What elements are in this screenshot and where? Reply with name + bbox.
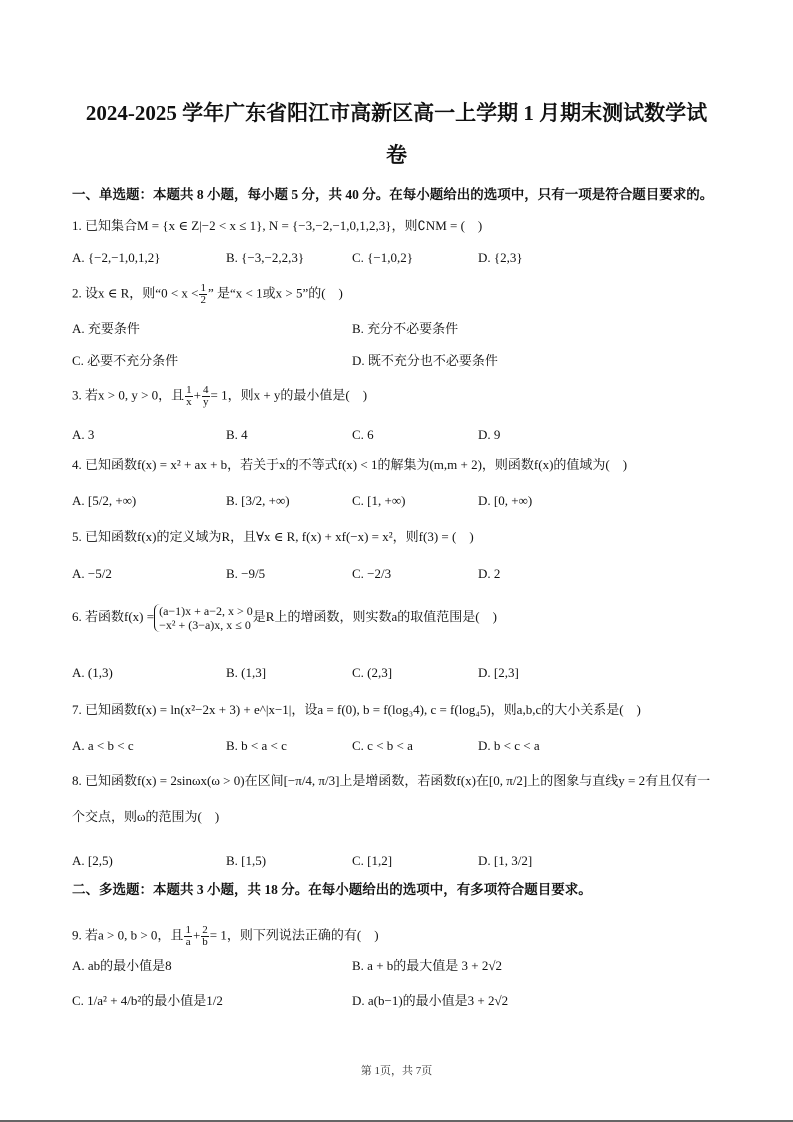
question-9-stem: 9. 若a > 0, b > 0，且1a+2b= 1，则下列说法正确的有( ) (72, 925, 379, 948)
q2-stem-pre: 2. 设x ∈ R，则“0 < x < (72, 285, 198, 300)
q4-option-b: B. [3/2, +∞) (226, 492, 290, 510)
q8-option-a: A. [2,5) (72, 852, 113, 870)
question-7-stem: 7. 已知函数f(x) = ln(x²−2x + 3) + e^|x−1|，设a… (72, 701, 641, 719)
q6-option-d: D. [2,3] (478, 664, 519, 682)
q2-fraction: 12 (199, 283, 207, 306)
question-2-stem: 2. 设x ∈ R，则“0 < x <12” 是“x < 1或x > 5”的( … (72, 283, 343, 306)
question-4-stem: 4. 已知函数f(x) = x² + ax + b，若关于x的不等式f(x) <… (72, 456, 627, 474)
q7-option-c: C. c < b < a (352, 737, 413, 755)
plus-sign: + (193, 927, 200, 942)
q9-stem-pre: 9. 若a > 0, b > 0，且 (72, 927, 183, 942)
q3-option-d: D. 9 (478, 426, 500, 444)
question-8-stem-line1: 8. 已知函数f(x) = 2sinωx(ω > 0)在区间[−π/4, π/3… (72, 772, 710, 790)
page-number: 第 1页，共 7页 (0, 1062, 793, 1078)
q3-option-b: B. 4 (226, 426, 248, 444)
q3-stem-pre: 3. 若x > 0, y > 0，且 (72, 387, 184, 402)
question-1-stem: 1. 已知集合M = {x ∈ Z|−2 < x ≤ 1}, N = {−3,−… (72, 217, 482, 235)
q4-option-d: D. [0, +∞) (478, 492, 532, 510)
q9-option-c: C. 1/a² + 4/b²的最小值是1/2 (72, 992, 223, 1010)
q1-option-b: B. {−3,−2,2,3} (226, 249, 304, 267)
question-5-stem: 5. 已知函数f(x)的定义域为R，且∀x ∈ R, f(x) + xf(−x)… (72, 528, 474, 546)
q6-stem-post: 是R上的增函数，则实数a的取值范围是( ) (253, 609, 497, 624)
q6-option-b: B. (1,3] (226, 664, 266, 682)
q7-option-a: A. a < b < c (72, 737, 134, 755)
frac-den: a (184, 937, 192, 948)
frac-den: x (185, 397, 193, 408)
q4-option-a: A. [5/2, +∞) (72, 492, 136, 510)
exam-title-line2: 卷 (60, 140, 733, 170)
plus-sign: + (194, 387, 201, 402)
q9-option-b: B. a + b的最大值是 3 + 2√2 (352, 957, 502, 975)
q9-option-a: A. ab的最小值是8 (72, 957, 172, 975)
q2-option-a: A. 充要条件 (72, 320, 140, 338)
q9-option-d: D. a(b−1)的最小值是3 + 2√2 (352, 992, 508, 1010)
q3-option-c: C. 6 (352, 426, 374, 444)
q7-option-b: B. b < a < c (226, 737, 287, 755)
section1-heading: 一、单选题：本题共 8 小题，每小题 5 分，共 40 分。在每小题给出的选项中… (72, 186, 713, 204)
q6-option-c: C. (2,3] (352, 664, 392, 682)
frac-den: y (202, 397, 210, 408)
q2-option-d: D. 既不充分也不必要条件 (352, 352, 498, 370)
piece-1: (a−1)x + a−2, x > 0 (159, 604, 253, 618)
q2-stem-post: ” 是“x < 1或x > 5”的( ) (208, 285, 343, 300)
q8-option-c: C. [1,2] (352, 852, 392, 870)
frac-den: b (201, 937, 209, 948)
question-8-stem-line2: 个交点，则ω的范围为( ) (72, 808, 219, 826)
q6-stem-pre: 6. 若函数f(x) = (72, 609, 154, 624)
q2-option-b: B. 充分不必要条件 (352, 320, 458, 338)
exam-title-line1: 2024-2025 学年广东省阳江市高新区高一上学期 1 月期末测试数学试 (60, 98, 733, 128)
q5-option-b: B. −9/5 (226, 565, 265, 583)
q1-option-c: C. {−1,0,2} (352, 249, 413, 267)
q3-option-a: A. 3 (72, 426, 94, 444)
q3-fraction-1: 1x (185, 385, 193, 408)
q3-stem-post: = 1，则x + y的最小值是( ) (211, 387, 368, 402)
q8-option-d: D. [1, 3/2] (478, 852, 532, 870)
q4-option-c: C. [1, +∞) (352, 492, 405, 510)
exam-page: 2024-2025 学年广东省阳江市高新区高一上学期 1 月期末测试数学试 卷 … (0, 0, 793, 1122)
q5-option-d: D. 2 (478, 565, 500, 583)
q1-option-a: A. {−2,−1,0,1,2} (72, 249, 161, 267)
section2-heading: 二、多选题：本题共 3 小题，共 18 分。在每小题给出的选项中，有多项符合题目… (72, 881, 592, 899)
question-6-stem: 6. 若函数f(x) =(a−1)x + a−2, x > 0−x² + (3−… (72, 604, 497, 632)
q1-option-d: D. {2,3} (478, 249, 523, 267)
q3-fraction-2: 4y (202, 385, 210, 408)
q9-stem-post: = 1，则下列说法正确的有( ) (210, 927, 379, 942)
q5-option-a: A. −5/2 (72, 565, 112, 583)
piece-2: −x² + (3−a)x, x ≤ 0 (159, 618, 253, 632)
q5-option-c: C. −2/3 (352, 565, 391, 583)
q9-fraction-1: 1a (184, 925, 192, 948)
question-3-stem: 3. 若x > 0, y > 0，且1x+4y= 1，则x + y的最小值是( … (72, 385, 367, 408)
q9-fraction-2: 2b (201, 925, 209, 948)
q8-option-b: B. [1,5) (226, 852, 266, 870)
q7-option-d: D. b < c < a (478, 737, 540, 755)
frac-den: 2 (199, 295, 207, 306)
q6-option-a: A. (1,3) (72, 664, 113, 682)
q2-option-c: C. 必要不充分条件 (72, 352, 178, 370)
piecewise-function: (a−1)x + a−2, x > 0−x² + (3−a)x, x ≤ 0 (154, 604, 253, 632)
